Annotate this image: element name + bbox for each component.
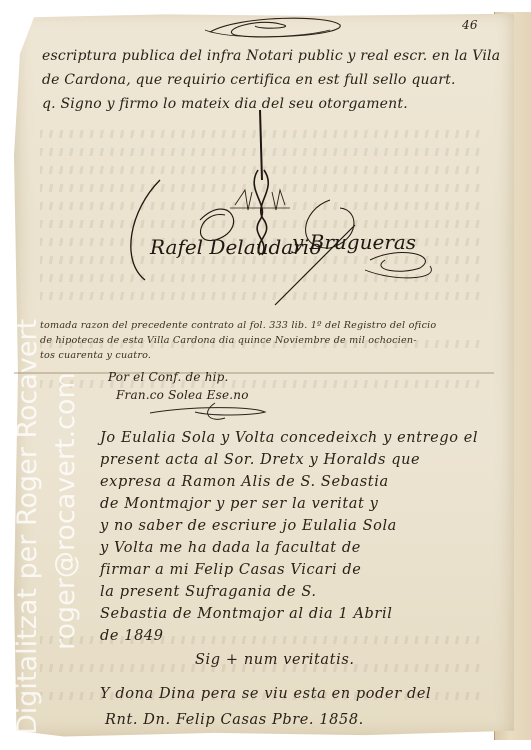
declaration-line: firmar a mi Felip Casas Vicari de	[100, 562, 361, 578]
registry-signature-line: Por el Conf. de hip.	[108, 370, 229, 384]
text-line: q. Signo y firmo lo mateix dia del seu o…	[42, 96, 408, 112]
closing-formula: Sig + num veritatis.	[195, 652, 355, 668]
text-line: escriptura publica del infra Notari publ…	[42, 48, 500, 64]
second-signature: y Brugueras	[292, 230, 416, 254]
declaration-line: expresa a Ramon Alis de S. Sebastia	[100, 474, 389, 490]
declaration-line: Sebastia de Montmajor al dia 1 Abril	[100, 606, 392, 622]
declaration-line: y no saber de escriure jo Eulalia Sola	[100, 518, 397, 534]
registry-line: de hipotecas de esta Villa Cardona dia q…	[40, 335, 417, 346]
declaration-line: Jo Eulalia Sola y Volta concedeixch y en…	[100, 430, 478, 446]
declaration-line: de Montmajor y per ser la veritat y	[100, 496, 378, 512]
footer-line: Y dona Dina pera se viu esta en poder de…	[100, 686, 431, 702]
declaration-line: de 1849	[100, 628, 164, 644]
watermark-line-1: Digitalitzat per Roger Rocavert	[12, 319, 43, 735]
declaration-line: present acta al Sor. Dretx y Horalds que	[100, 452, 420, 468]
text-line: de Cardona, que requirio certifica en es…	[42, 72, 456, 88]
watermark-line-2: roger@rocavert.com	[50, 372, 81, 650]
registry-flourish	[150, 398, 290, 428]
registry-line: tomada razon del precedente contrato al …	[40, 320, 436, 331]
fold-crease	[14, 372, 494, 374]
registry-line: tos cuarenta y cuatro.	[40, 350, 151, 361]
declaration-line: la present Sufragania de S.	[100, 584, 317, 600]
footer-line: Rnt. Dn. Felip Casas Pbre. 1858.	[105, 712, 364, 728]
declaration-line: y Volta me ha dada la facultat de	[100, 540, 361, 556]
folio-number: 46	[462, 18, 478, 32]
